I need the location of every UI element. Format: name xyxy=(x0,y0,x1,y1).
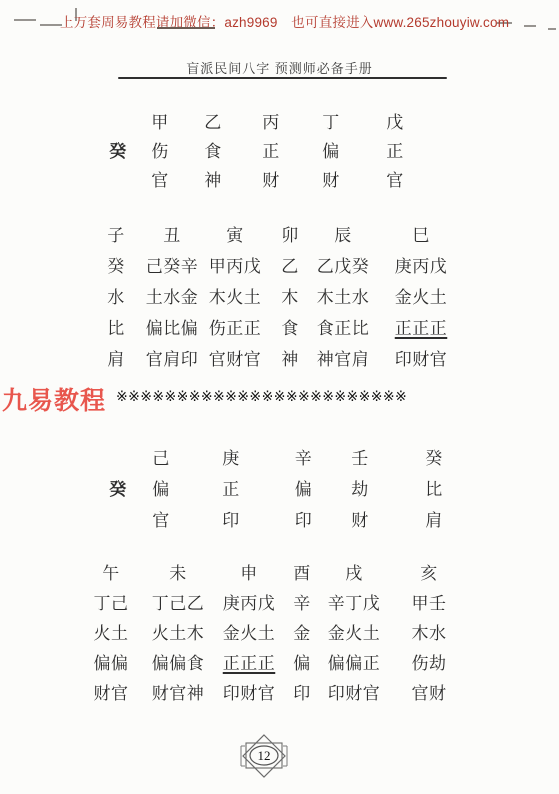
branches-table-2: 午 未 申 酉 戌 亥 丁己 丁己乙 庚丙戊 辛 辛丁戊 甲壬 火土 火土木 金… xyxy=(83,556,473,706)
god-cell: 印财官 xyxy=(217,676,281,706)
hidden-stems-cell: 丁己乙 xyxy=(139,586,217,616)
watermark-jiuyi-jiaocheng: 九易教程 xyxy=(2,381,106,417)
branch-cell: 巳 xyxy=(371,218,471,249)
god-cell: 印 xyxy=(186,503,276,534)
god-cell: 官财官 xyxy=(205,342,265,373)
stem-cell: 辛 xyxy=(276,441,331,472)
god-cell: 神官肩 xyxy=(315,342,371,373)
stem-cell: 乙 xyxy=(184,106,242,135)
branch-cell: 丑 xyxy=(139,218,205,249)
god-cell: 官 xyxy=(136,164,184,193)
stems-table-2: 己 庚 辛 壬 癸 癸 偏 正 偏 劫 比 官 印 印 财 肩 xyxy=(100,441,479,534)
elements-cell: 木 xyxy=(265,280,315,311)
god-cell: 印财官 xyxy=(323,676,385,706)
god-cell: 官 xyxy=(136,503,186,534)
stem-cell: 癸 xyxy=(389,441,479,472)
elements-cell: 土水金 xyxy=(139,280,205,311)
branch-cell: 未 xyxy=(139,556,217,586)
god-cell: 偏偏食 xyxy=(139,646,217,676)
hidden-stems-cell: 庚丙戊 xyxy=(371,249,471,280)
god-cell: 印财官 xyxy=(371,342,471,373)
elements-cell: 金 xyxy=(281,616,323,646)
god-cell: 伤 xyxy=(136,135,184,164)
hidden-stems-cell: 庚丙戊 xyxy=(217,586,281,616)
god-cell: 偏 xyxy=(281,646,323,676)
elements-cell: 木火土 xyxy=(205,280,265,311)
stem-cell: 庚 xyxy=(186,441,276,472)
god-cell: 财官 xyxy=(83,676,139,706)
hidden-stems-cell: 乙戊癸 xyxy=(315,249,371,280)
god-cell: 偏偏 xyxy=(83,646,139,676)
elements-cell: 火土 xyxy=(83,616,139,646)
god-cell: 正正正 xyxy=(371,311,471,342)
page-number-ornament: 12 xyxy=(238,733,290,781)
elements-cell: 木水 xyxy=(385,616,473,646)
hidden-stems-cell: 丁己 xyxy=(83,586,139,616)
branch-cell: 酉 xyxy=(281,556,323,586)
god-cell: 正正正 xyxy=(217,646,281,676)
stem-cell: 丙 xyxy=(242,106,300,135)
page-number: 12 xyxy=(258,748,271,763)
elements-cell: 火土木 xyxy=(139,616,217,646)
promo-underline-mark xyxy=(157,27,215,29)
elements-cell: 水 xyxy=(93,280,139,311)
hidden-stems-cell: 己癸辛 xyxy=(139,249,205,280)
stem-cell: 丁 xyxy=(300,106,362,135)
god-cell: 官肩印 xyxy=(139,342,205,373)
section-divider: ※※※※※※※※※※※※※※※※※※※※※※※※ xyxy=(116,388,407,405)
hidden-stems-cell: 辛丁戊 xyxy=(323,586,385,616)
god-cell: 偏偏正 xyxy=(323,646,385,676)
elements-cell: 金火土 xyxy=(323,616,385,646)
god-cell: 财 xyxy=(331,503,389,534)
hidden-stems-cell: 癸 xyxy=(93,249,139,280)
god-cell: 偏比偏 xyxy=(139,311,205,342)
god-cell: 比 xyxy=(389,472,479,503)
god-cell: 肩 xyxy=(389,503,479,534)
god-cell: 食正比 xyxy=(315,311,371,342)
scan-mark xyxy=(40,24,62,26)
branch-cell: 子 xyxy=(93,218,139,249)
page-title: 盲派民间八字 预测师必备手册 xyxy=(0,58,559,77)
branch-cell: 卯 xyxy=(265,218,315,249)
god-cell: 肩 xyxy=(93,342,139,373)
god-cell: 神 xyxy=(265,342,315,373)
god-cell: 偏 xyxy=(136,472,186,503)
god-cell: 偏 xyxy=(300,135,362,164)
hidden-stems-cell: 辛 xyxy=(281,586,323,616)
stem-cell: 己 xyxy=(136,441,186,472)
stems-table-1: 甲 乙 丙 丁 戊 癸 伤 食 正 偏 正 官 神 财 财 官 xyxy=(100,106,428,193)
hidden-stems-cell: 甲丙戊 xyxy=(205,249,265,280)
god-cell: 劫 xyxy=(331,472,389,503)
god-cell: 食 xyxy=(265,311,315,342)
god-cell: 印 xyxy=(281,676,323,706)
scan-mark xyxy=(524,25,536,27)
spacer-cell xyxy=(100,106,136,135)
spacer-cell xyxy=(100,441,136,472)
god-cell: 正 xyxy=(186,472,276,503)
branch-cell: 亥 xyxy=(385,556,473,586)
day-master-cell: 癸 xyxy=(100,135,136,164)
promo-header-text: 上万套周易教程请加微信：azh9969 也可直接进入www.265zhouyiw… xyxy=(60,11,509,31)
god-cell: 财官神 xyxy=(139,676,217,706)
god-cell: 财 xyxy=(242,164,300,193)
stem-cell: 甲 xyxy=(136,106,184,135)
god-cell: 印 xyxy=(276,503,331,534)
god-cell: 伤劫 xyxy=(385,646,473,676)
stem-cell: 壬 xyxy=(331,441,389,472)
branches-table-1: 子 丑 寅 卯 辰 巳 癸 己癸辛 甲丙戊 乙 乙戊癸 庚丙戊 水 土水金 木火… xyxy=(93,218,471,373)
branch-cell: 寅 xyxy=(205,218,265,249)
hidden-stems-cell: 乙 xyxy=(265,249,315,280)
branch-cell: 申 xyxy=(217,556,281,586)
god-cell: 正 xyxy=(242,135,300,164)
god-cell: 神 xyxy=(184,164,242,193)
title-rule xyxy=(118,77,447,79)
elements-cell: 金火土 xyxy=(371,280,471,311)
god-cell: 正 xyxy=(362,135,428,164)
branch-cell: 戌 xyxy=(323,556,385,586)
spacer-cell xyxy=(100,164,136,193)
stem-cell: 戊 xyxy=(362,106,428,135)
branch-cell: 辰 xyxy=(315,218,371,249)
elements-cell: 木土水 xyxy=(315,280,371,311)
day-master-cell: 癸 xyxy=(100,472,136,503)
elements-cell: 金火土 xyxy=(217,616,281,646)
god-cell: 比 xyxy=(93,311,139,342)
god-cell: 食 xyxy=(184,135,242,164)
god-cell: 伤正正 xyxy=(205,311,265,342)
god-cell: 偏 xyxy=(276,472,331,503)
god-cell: 官 xyxy=(362,164,428,193)
branch-cell: 午 xyxy=(83,556,139,586)
god-cell: 官财 xyxy=(385,676,473,706)
spacer-cell xyxy=(100,503,136,534)
scan-mark xyxy=(548,28,556,30)
god-cell: 财 xyxy=(300,164,362,193)
hidden-stems-cell: 甲壬 xyxy=(385,586,473,616)
scan-mark xyxy=(14,19,36,21)
